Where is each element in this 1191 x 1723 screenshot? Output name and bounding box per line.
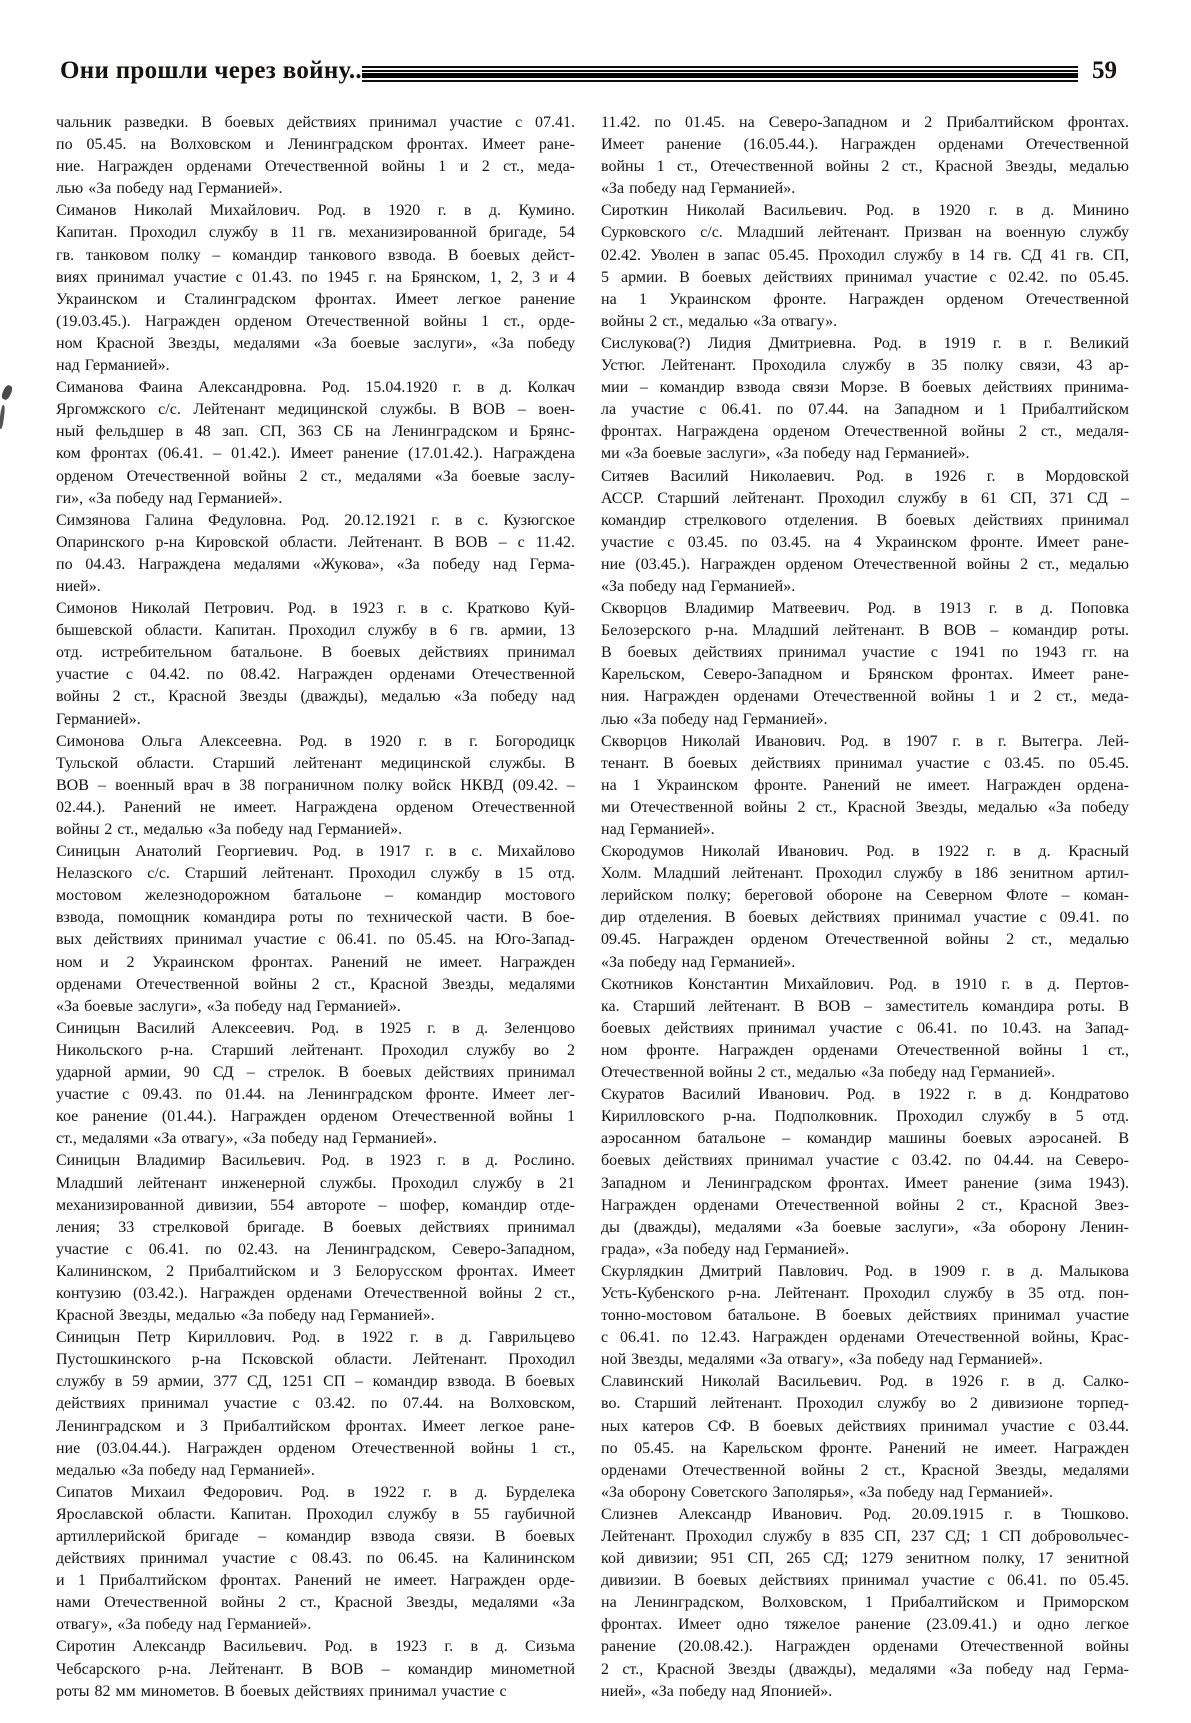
text-line: службу в 59 армии, 377 СД, 1251 СП – ком… [56, 1371, 575, 1393]
entry-paragraph: Скворцов Владимир Матвеевич. Род. в 1913… [601, 598, 1129, 731]
text-line: 2 ст., Красной Звезды (дважды), медалями… [601, 1659, 1129, 1681]
text-line: действиях принимал участие с 03.42. по 0… [56, 1393, 575, 1415]
text-line: Скуратов Василий Иванович. Род. в 1922 г… [601, 1084, 1129, 1106]
text-line: Скурлядкин Дмитрий Павлович. Род. в 1909… [601, 1261, 1129, 1283]
text-line: Скворцов Владимир Матвеевич. Род. в 1913… [601, 598, 1129, 620]
text-line: роты 82 мм минометов. В боевых действиях… [56, 1681, 575, 1703]
text-line: ми Отечественной войны 2 ст., Красной Зв… [601, 797, 1129, 819]
entry-paragraph: Ситяев Василий Николаевич. Род. в 1926 г… [601, 466, 1129, 599]
rule-thick-bar [362, 73, 1078, 78]
text-line: кое ранение (01.44.). Награжден орденом … [56, 1106, 575, 1128]
text-line: 5 армии. В боевых действиях принимал уча… [601, 267, 1129, 289]
text-column-right: 11.42. по 01.45. на Северо-Западном и 2 … [601, 112, 1129, 1703]
text-line: медалью «За победу над Германией». [56, 1460, 575, 1482]
text-line: участие с 09.43. по 01.44. на Ленинградс… [56, 1084, 575, 1106]
text-line: ст., медалями «За отвагу», «За победу на… [56, 1128, 575, 1150]
text-line: Красной Звезды, медалью «За победу над Г… [56, 1305, 575, 1327]
text-line: Яргомжского с/с. Лейтенант медицинской с… [56, 399, 575, 421]
text-line: Славинский Николай Васильевич. Род. в 19… [601, 1371, 1129, 1393]
text-line: ном Красной Звезды, медалями «За боевые … [56, 333, 575, 355]
entry-paragraph: Синицын Владимир Васильевич. Род. в 1923… [56, 1150, 575, 1327]
text-line: чальник разведки. В боевых действиях при… [56, 112, 575, 134]
text-line: «За оборону Советского Заполярья», «За п… [601, 1482, 1129, 1504]
text-line: Пустошкинского р-на Псковской области. Л… [56, 1349, 575, 1371]
text-line: АССР. Старший лейтенант. Проходил службу… [601, 488, 1129, 510]
text-line: Слизнев Александр Иванович. Род. 20.09.1… [601, 1504, 1129, 1526]
text-line: ком фронтах (06.41. – 01.42.). Имеет ран… [56, 443, 575, 465]
entry-paragraph: Сироткин Николай Васильевич. Род. в 1920… [601, 200, 1129, 333]
entry-paragraph: Скородумов Николай Иванович. Род. в 1922… [601, 841, 1129, 974]
text-line: Скворцов Николай Иванович. Род. в 1907 г… [601, 731, 1129, 753]
text-line: ния. Награжден орденами Отечественной во… [601, 686, 1129, 708]
entry-paragraph: Симонов Николай Петрович. Род. в 1923 г.… [56, 598, 575, 731]
text-line: лью «За победу над Германией». [601, 709, 1129, 731]
text-line: ние. Награжден орденами Отечественной во… [56, 156, 575, 178]
text-line: Белозерского р-на. Младший лейтенант. В … [601, 620, 1129, 642]
text-line: ние (03.04.44.). Награжден орденом Отече… [56, 1438, 575, 1460]
text-line: Тульской области. Старший лейтенант меди… [56, 753, 575, 775]
text-line: 09.45. Награжден орденом Отечественной в… [601, 929, 1129, 951]
text-line: тонно-мостовом батальоне. В боевых дейст… [601, 1305, 1129, 1327]
text-line: Симонов Николай Петрович. Род. в 1923 г.… [56, 598, 575, 620]
text-line: «За боевые заслуги», «За победу над Герм… [56, 996, 575, 1018]
text-line: Ситяев Василий Николаевич. Род. в 1926 г… [601, 466, 1129, 488]
text-line: гв. танковом полку – командир танкового … [56, 245, 575, 267]
text-line: с 06.41. по 12.43. Награжден орденами От… [601, 1327, 1129, 1349]
text-line: Холм. Младший лейтенант. Проходил службу… [601, 863, 1129, 885]
text-line: Карельском, Северо-Западном и Брянском ф… [601, 664, 1129, 686]
entry-paragraph: Скотников Константин Михайлович. Род. в … [601, 974, 1129, 1084]
text-line: нией». [56, 576, 575, 598]
text-line: Германией». [56, 709, 575, 731]
text-line: Синицын Петр Кириллович. Род. в 1922 г. … [56, 1327, 575, 1349]
text-line: Устюг. Лейтенант. Проходила службу в 35 … [601, 355, 1129, 377]
text-line: Симанов Николай Михайлович. Род. в 1920 … [56, 200, 575, 222]
scanned-book-page: { "header": { "running_title": "Они прош… [0, 0, 1191, 1723]
text-line: отвагу», «За победу над Германией». [56, 1614, 575, 1636]
entry-paragraph: Скворцов Николай Иванович. Род. в 1907 г… [601, 731, 1129, 841]
text-line: 02.44.). Ранений не имеет. Награждена ор… [56, 797, 575, 819]
text-line: 11.42. по 01.45. на Северо-Западном и 2 … [601, 112, 1129, 134]
entry-paragraph: Симанова Фаина Александровна. Род. 15.04… [56, 377, 575, 510]
text-line: участие с 03.45. по 03.45. на 4 Украинск… [601, 532, 1129, 554]
text-line: орденом Отечественной войны 2 ст., медал… [56, 466, 575, 488]
page-number: 59 [1092, 57, 1117, 85]
entry-paragraph: Синицын Василий Алексеевич. Род. в 1925 … [56, 1018, 575, 1151]
text-line: орденами Отечественной войны 2 ст., Крас… [56, 974, 575, 996]
scan-artifact [0, 384, 13, 401]
entry-paragraph: чальник разведки. В боевых действиях при… [56, 112, 575, 200]
text-line: ранение (20.08.42.). Награжден орденами … [601, 1636, 1129, 1658]
text-line: ла участие с 06.41. по 07.44. на Западно… [601, 399, 1129, 421]
text-line: Лейтенант. Проходил службу в 835 СП, 237… [601, 1526, 1129, 1548]
text-line: отд. истребительном батальоне. В боевых … [56, 642, 575, 664]
text-line: Синицын Василий Алексеевич. Род. в 1925 … [56, 1018, 575, 1040]
text-line: Синицын Владимир Васильевич. Род. в 1923… [56, 1150, 575, 1172]
text-line: Западном и Ленинградском фронтах. Имеет … [601, 1173, 1129, 1195]
text-line: Сипатов Михаил Федорович. Род. в 1922 г.… [56, 1482, 575, 1504]
text-line: Скотников Константин Михайлович. Род. в … [601, 974, 1129, 996]
text-line: взвода, помощник командира роты по техни… [56, 907, 575, 929]
scan-artifact [0, 405, 5, 429]
text-line: В боевых действиях принимал участие с 19… [601, 642, 1129, 664]
text-line: Симзянова Галина Федуловна. Род. 20.12.1… [56, 510, 575, 532]
text-line: Нелазского с/с. Старший лейтенант. Прохо… [56, 863, 575, 885]
entry-paragraph: Скурлядкин Дмитрий Павлович. Род. в 1909… [601, 1261, 1129, 1371]
text-line: Синицын Анатолий Георгиевич. Род. в 1917… [56, 841, 575, 863]
text-line: Усть-Кубенского р-на. Лейтенант. Проходи… [601, 1283, 1129, 1305]
text-line: артиллерийской бригаде – командир взвода… [56, 1526, 575, 1548]
entry-paragraph: 11.42. по 01.45. на Северо-Западном и 2 … [601, 112, 1129, 200]
text-line: виях принимал участие с 01.43. по 1945 г… [56, 267, 575, 289]
text-line: участие с 06.41. по 02.43. на Ленинградс… [56, 1239, 575, 1261]
text-line: войны 2 ст., медалью «За отвагу». [601, 311, 1129, 333]
text-line: по 05.45. на Карельском фронте. Ранений … [601, 1438, 1129, 1460]
text-line: Ленинградском и 3 Прибалтийском фронтах.… [56, 1416, 575, 1438]
text-line: на 1 Украинском фронте. Награжден ордено… [601, 289, 1129, 311]
entry-paragraph: Симанов Николай Михайлович. Род. в 1920 … [56, 200, 575, 377]
text-line: ный фельдшер в 48 зап. СП, 363 СБ на Лен… [56, 421, 575, 443]
text-line: Младший лейтенант инженерной службы. Про… [56, 1173, 575, 1195]
text-line: войны 2 ст., Красной Звезды (дважды), ме… [56, 686, 575, 708]
text-line: нией», «За победу над Японией». [601, 1681, 1129, 1703]
entry-paragraph: Скуратов Василий Иванович. Род. в 1922 г… [601, 1084, 1129, 1261]
text-line: войны 2 ст., медалью «За победу над Герм… [56, 819, 575, 841]
text-line: дивизии. В боевых действиях принимал уча… [601, 1570, 1129, 1592]
text-line: ных катеров СФ. В боевых действиях прини… [601, 1416, 1129, 1438]
text-line: боевых действиях принимал участие с 06.4… [601, 1018, 1129, 1040]
text-line: ления; 33 стрелковой бригаде. В боевых д… [56, 1217, 575, 1239]
rule-thin-line [362, 80, 1078, 82]
text-line: 02.42. Уволен в запас 05.45. Проходил сл… [601, 245, 1129, 267]
entry-paragraph: Славинский Николай Васильевич. Род. в 19… [601, 1371, 1129, 1504]
text-line: Сиротин Александр Васильевич. Род. в 192… [56, 1636, 575, 1658]
text-line: «За победу над Германией». [601, 576, 1129, 598]
entry-paragraph: Сислукова(?) Лидия Дмитриевна. Род. в 19… [601, 333, 1129, 466]
text-line: Отечественной войны 2 ст., медалью «За п… [601, 1062, 1129, 1084]
text-line: ми «За боевые заслуги», «За победу над Г… [601, 443, 1129, 465]
text-line: боевых действиях принимал участие с 03.4… [601, 1150, 1129, 1172]
text-line: Сислукова(?) Лидия Дмитриевна. Род. в 19… [601, 333, 1129, 355]
entry-paragraph: Симзянова Галина Федуловна. Род. 20.12.1… [56, 510, 575, 598]
entry-paragraph: Синицын Анатолий Георгиевич. Род. в 1917… [56, 841, 575, 1018]
rule-thin-line [362, 66, 1078, 68]
text-line: Симанова Фаина Александровна. Род. 15.04… [56, 377, 575, 399]
text-line: бышевской области. Капитан. Проходил слу… [56, 620, 575, 642]
text-line: по 05.45. на Волховском и Ленинградском … [56, 134, 575, 156]
text-line: участие с 04.42. по 08.42. Награжден орд… [56, 664, 575, 686]
text-line: ды (дважды), медалями «За боевые заслуги… [601, 1217, 1129, 1239]
text-line: лерийском полку; береговой обороне на Се… [601, 885, 1129, 907]
text-column-left: чальник разведки. В боевых действиях при… [56, 112, 575, 1703]
text-line: града», «За победу над Германией». [601, 1239, 1129, 1261]
text-line: Симонова Ольга Алексеевна. Род. в 1920 г… [56, 731, 575, 753]
text-line: орденами Отечественной войны 2 ст., Крас… [601, 1460, 1129, 1482]
text-line: фронтах. Имеет одно тяжелое ранение (23.… [601, 1614, 1129, 1636]
text-line: на 1 Украинском фронте. Ранений не имеет… [601, 775, 1129, 797]
text-line: «За победу над Германией». [601, 952, 1129, 974]
text-line: Награжден орденами Отечественной войны 2… [601, 1195, 1129, 1217]
text-line: над Германией». [56, 355, 575, 377]
text-line: ном и 2 Украинском фронтах. Ранений не и… [56, 952, 575, 974]
text-line: по 04.43. Награждена медалями «Жукова», … [56, 554, 575, 576]
entry-paragraph: Сиротин Александр Васильевич. Род. в 192… [56, 1636, 575, 1702]
header-rule [362, 66, 1078, 82]
text-line: аэросанном батальоне – командир машины б… [601, 1128, 1129, 1150]
text-line: Имеет ранение (16.05.44.). Награжден орд… [601, 134, 1129, 156]
entry-paragraph: Сипатов Михаил Федорович. Род. в 1922 г.… [56, 1482, 575, 1637]
text-line: Сироткин Николай Васильевич. Род. в 1920… [601, 200, 1129, 222]
text-line: (19.03.45.). Награжден орденом Отечестве… [56, 311, 575, 333]
text-line: мостовом железнодорожном батальоне – ком… [56, 885, 575, 907]
text-line: во. Старший лейтенант. Проходил службу в… [601, 1393, 1129, 1415]
text-line: над Германией». [601, 819, 1129, 841]
text-line: Калининском, 2 Прибалтийском и 3 Белорус… [56, 1261, 575, 1283]
text-line: ние (03.45.). Награжден орденом Отечеств… [601, 554, 1129, 576]
text-line: ударной армии, 90 СД – стрелок. В боевых… [56, 1062, 575, 1084]
text-line: командир стрелкового отделения. В боевых… [601, 510, 1129, 532]
text-line: ги», «За победу над Германией». [56, 488, 575, 510]
text-line: Опаринского р-на Кировской области. Лейт… [56, 532, 575, 554]
text-line: ном фронте. Награжден орденами Отечестве… [601, 1040, 1129, 1062]
text-line: лью «За победу над Германией». [56, 178, 575, 200]
text-line: контузию (03.42.). Награжден орденами От… [56, 1283, 575, 1305]
text-line: Кирилловского р-на. Подполковник. Проход… [601, 1106, 1129, 1128]
rule-thin-line [362, 70, 1078, 72]
text-line: ка. Старший лейтенант. В ВОВ – заместите… [601, 996, 1129, 1018]
text-line: Капитан. Проходил службу в 11 гв. механи… [56, 222, 575, 244]
text-line: ной Звезды, медалями «За отвагу», «За по… [601, 1349, 1129, 1371]
text-line: механизированной дивизии, 554 автороте –… [56, 1195, 575, 1217]
text-line: войны 1 ст., Отечественной войны 2 ст., … [601, 156, 1129, 178]
text-line: Сурковского с/с. Младший лейтенант. Приз… [601, 222, 1129, 244]
text-line: Скородумов Николай Иванович. Род. в 1922… [601, 841, 1129, 863]
text-line: тенант. В боевых действиях принимал учас… [601, 753, 1129, 775]
text-line: кой дивизии; 951 СП, 265 СД; 1279 зенитн… [601, 1548, 1129, 1570]
entry-paragraph: Синицын Петр Кириллович. Род. в 1922 г. … [56, 1327, 575, 1482]
text-line: дир отделения. В боевых действиях приним… [601, 907, 1129, 929]
text-line: Чебсарского р-на. Лейтенант. В ВОВ – ком… [56, 1659, 575, 1681]
text-line: действиях принимал участие с 08.43. по 0… [56, 1548, 575, 1570]
text-line: Ярославской области. Капитан. Проходил с… [56, 1504, 575, 1526]
text-line: Украинском и Сталинградском фронтах. Име… [56, 289, 575, 311]
text-line: ВОВ – военный врач в 38 пограничном полк… [56, 775, 575, 797]
running-title: Они прошли через войну... [60, 57, 368, 85]
text-line: фронтах. Награждена орденом Отечественно… [601, 421, 1129, 443]
text-line: мии – командир взвода связи Морзе. В бое… [601, 377, 1129, 399]
entry-paragraph: Симонова Ольга Алексеевна. Род. в 1920 г… [56, 731, 575, 841]
text-line: и 1 Прибалтийском фронтах. Ранений не им… [56, 1570, 575, 1592]
text-line: Никольского р-на. Старший лейтенант. Про… [56, 1040, 575, 1062]
text-line: вых действиях принимал участие с 06.41. … [56, 929, 575, 951]
text-line: «За победу над Германией». [601, 178, 1129, 200]
text-line: на Ленинградском, Волховском, 1 Прибалти… [601, 1592, 1129, 1614]
entry-paragraph: Слизнев Александр Иванович. Род. 20.09.1… [601, 1504, 1129, 1703]
text-line: нами Отечественной войны 2 ст., Красной … [56, 1592, 575, 1614]
